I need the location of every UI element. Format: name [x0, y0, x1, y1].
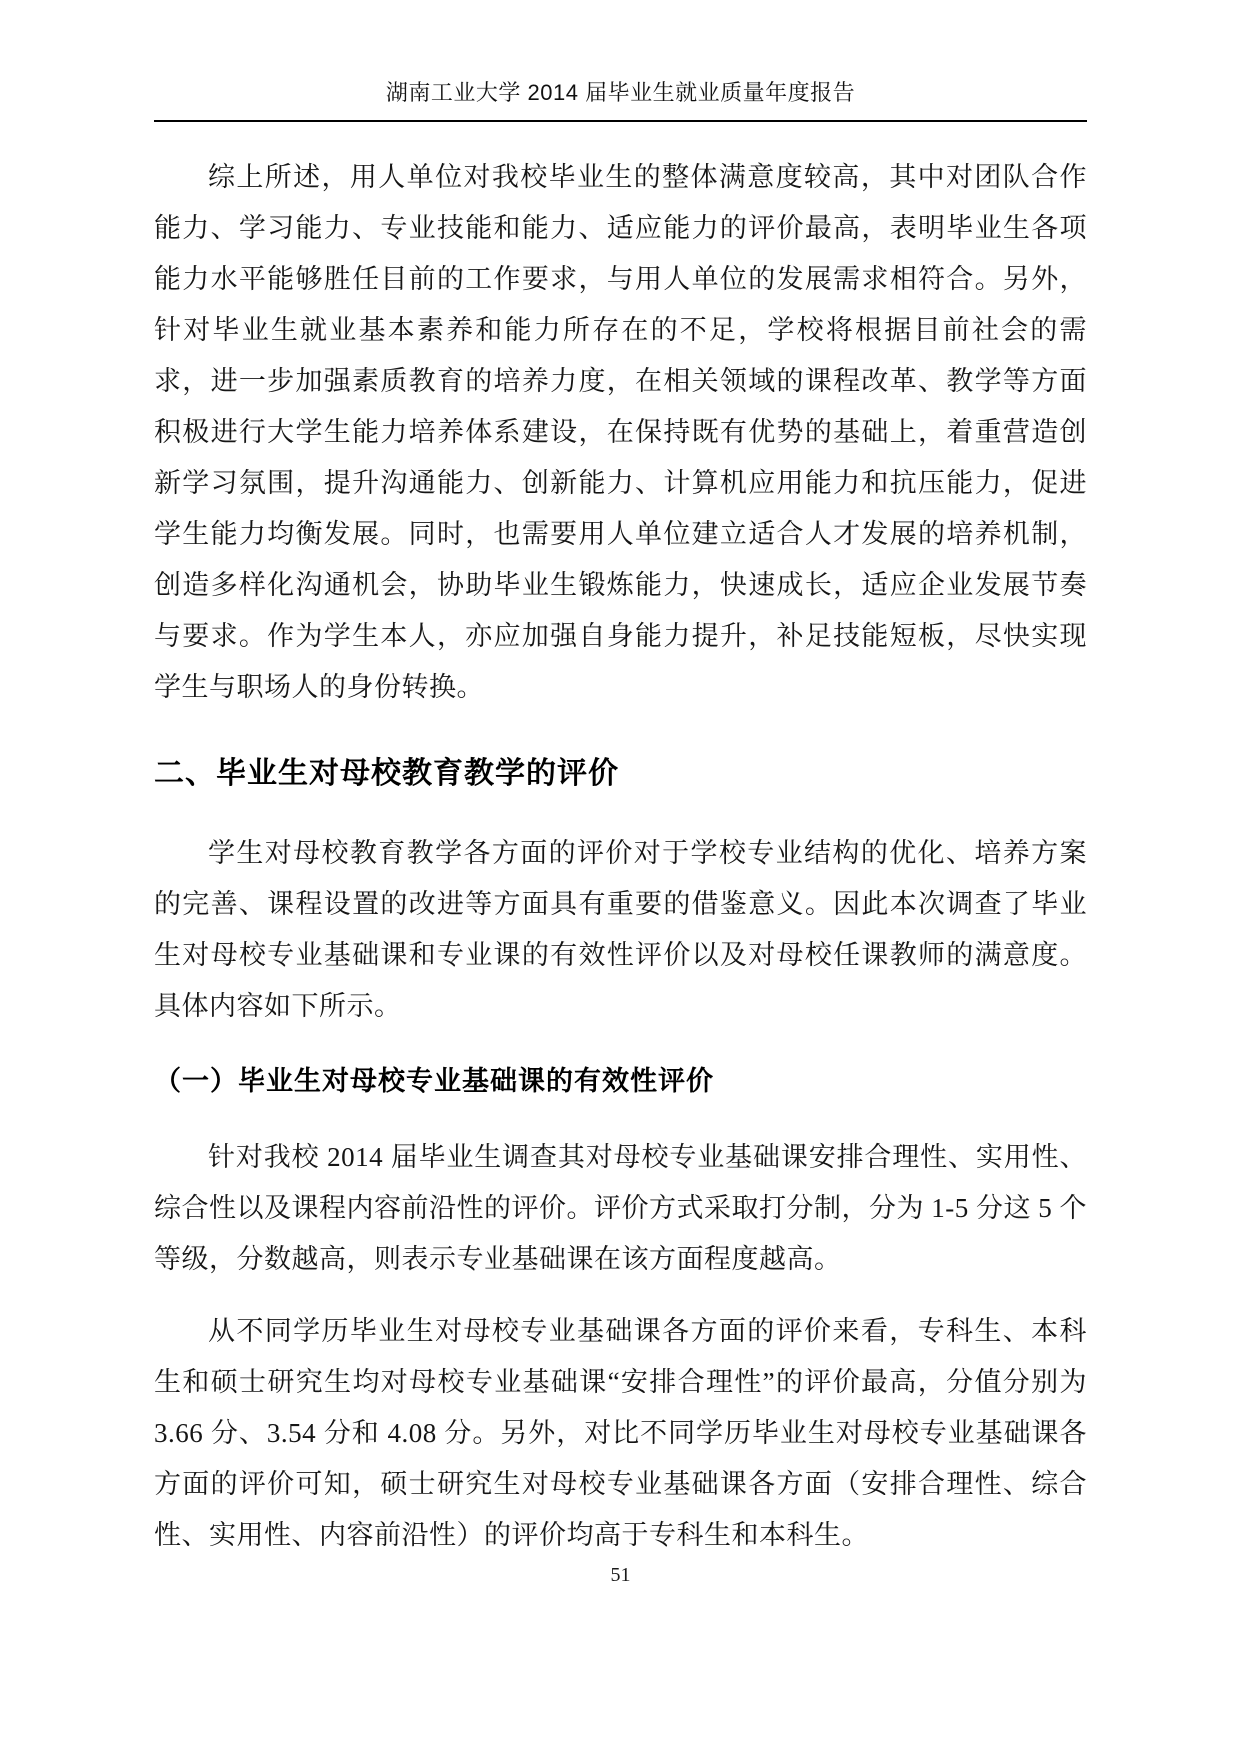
page-content: 湖南工业大学 2014 届毕业生就业质量年度报告 综上所述，用人单位对我校毕业生…: [154, 0, 1087, 1561]
intro-paragraph: 综上所述，用人单位对我校毕业生的整体满意度较高，其中对团队合作能力、学习能力、专…: [154, 152, 1087, 713]
header-rule: [154, 120, 1087, 122]
subsection-2-1-method-paragraph: 针对我校 2014 届毕业生调查其对母校专业基础课安排合理性、实用性、综合性以及…: [154, 1132, 1087, 1285]
page-header-title: 湖南工业大学 2014 届毕业生就业质量年度报告: [154, 80, 1087, 106]
section-2-lead-paragraph: 学生对母校教育教学各方面的评价对于学校专业结构的优化、培养方案的完善、课程设置的…: [154, 828, 1087, 1032]
subsection-heading-2-1: （一）毕业生对母校专业基础课的有效性评价: [154, 1062, 1087, 1100]
subsection-2-1-findings-paragraph: 从不同学历毕业生对母校专业基础课各方面的评价来看，专科生、本科生和硕士研究生均对…: [154, 1306, 1087, 1561]
section-heading-2: 二、毕业生对母校教育教学的评价: [154, 754, 1087, 794]
page-number: 51: [0, 1564, 1241, 1587]
document-page: 湖南工业大学 2014 届毕业生就业质量年度报告 综上所述，用人单位对我校毕业生…: [0, 0, 1241, 1754]
